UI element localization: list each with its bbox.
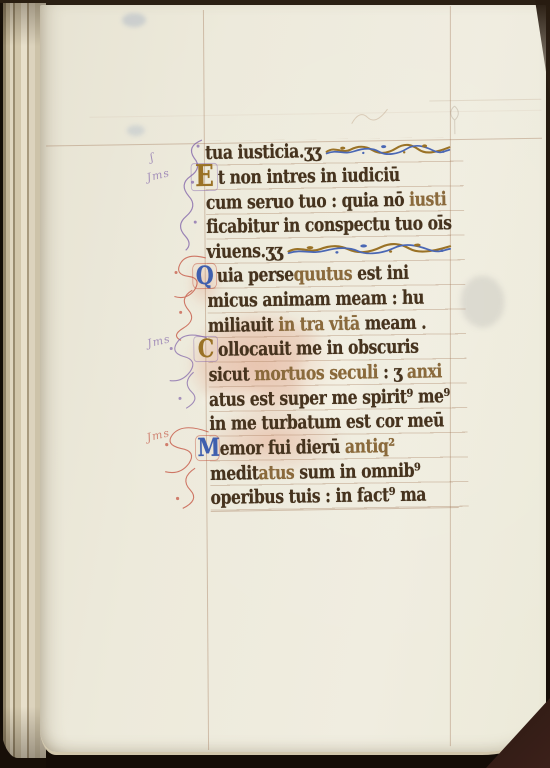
text-segment: sum in omnib⁹ bbox=[294, 458, 421, 484]
text-segment: sicut bbox=[208, 362, 254, 387]
text-segment: anxi bbox=[407, 359, 442, 384]
text-segment: miliauit bbox=[208, 313, 279, 338]
text-block: tua iusticia.ʒʒ Et non intres in iudiciū… bbox=[205, 137, 469, 511]
illuminated-initial: E bbox=[193, 165, 216, 189]
text-segment: : ʒ bbox=[378, 360, 407, 385]
text-segment: iusti bbox=[409, 187, 446, 212]
text-segment: uia perse bbox=[217, 263, 294, 288]
pen-trial-doodle bbox=[347, 103, 391, 130]
illuminated-initial: C bbox=[196, 338, 216, 360]
line-filler-ornament bbox=[324, 142, 452, 156]
ruling-top-margin-line bbox=[90, 110, 542, 118]
text-segment: micus animam meam : hu bbox=[207, 286, 424, 314]
gray-offset-smudge bbox=[460, 275, 505, 328]
page-content-layer: ʃ Jms Jms Jms tua iusticia.ʒʒ Et non int… bbox=[0, 0, 550, 768]
text-segment: emor fui dierū bbox=[219, 435, 345, 461]
text-segment: in tra vitā bbox=[278, 311, 360, 336]
text-segment: ficabitur in conspectu tuo oīs bbox=[206, 211, 452, 239]
text-segment: antiq² bbox=[345, 434, 395, 459]
manuscript-photo: ʃ Jms Jms Jms tua iusticia.ʒʒ Et non int… bbox=[0, 0, 550, 768]
blue-ink-smudge bbox=[122, 13, 146, 27]
text-segment: medit bbox=[210, 461, 259, 486]
text-segment: tua iusticia.ʒʒ bbox=[205, 139, 321, 165]
text-segment: cum seruo tuo : quia nō bbox=[206, 187, 410, 214]
margin-script-mark: Jms bbox=[145, 166, 171, 184]
text-line: operibus tuis : in fact⁹ ma bbox=[210, 482, 458, 511]
penwork-flourish-purple bbox=[168, 136, 210, 255]
margin-script-mark: ʃ bbox=[149, 151, 156, 165]
ruling-right-margin-line bbox=[429, 99, 541, 102]
illuminated-initial: M bbox=[197, 437, 217, 459]
text-segment: est ini bbox=[352, 261, 409, 286]
text-segment: viuens.ʒʒ bbox=[207, 239, 283, 264]
text-segment: t non intres in iudiciū bbox=[218, 163, 400, 190]
text-segment: mortuos seculi bbox=[254, 360, 378, 386]
text-segment: in me turbatum est cor meū bbox=[209, 409, 444, 437]
pen-trial-doodle bbox=[445, 104, 464, 138]
illuminated-initial: Q bbox=[195, 264, 215, 286]
line-filler-ornament bbox=[286, 241, 454, 256]
text-segment: quutus bbox=[294, 262, 353, 287]
text-segment: atus bbox=[258, 460, 294, 485]
blue-ink-smudge bbox=[127, 125, 145, 136]
text-segment: atus est super me spirit⁹ me⁹ bbox=[209, 384, 450, 412]
text-segment: operibus tuis : in fact⁹ ma bbox=[210, 483, 426, 511]
text-segment: meam . bbox=[360, 310, 427, 335]
text-segment: ollocauit me in obscuris bbox=[218, 335, 419, 362]
